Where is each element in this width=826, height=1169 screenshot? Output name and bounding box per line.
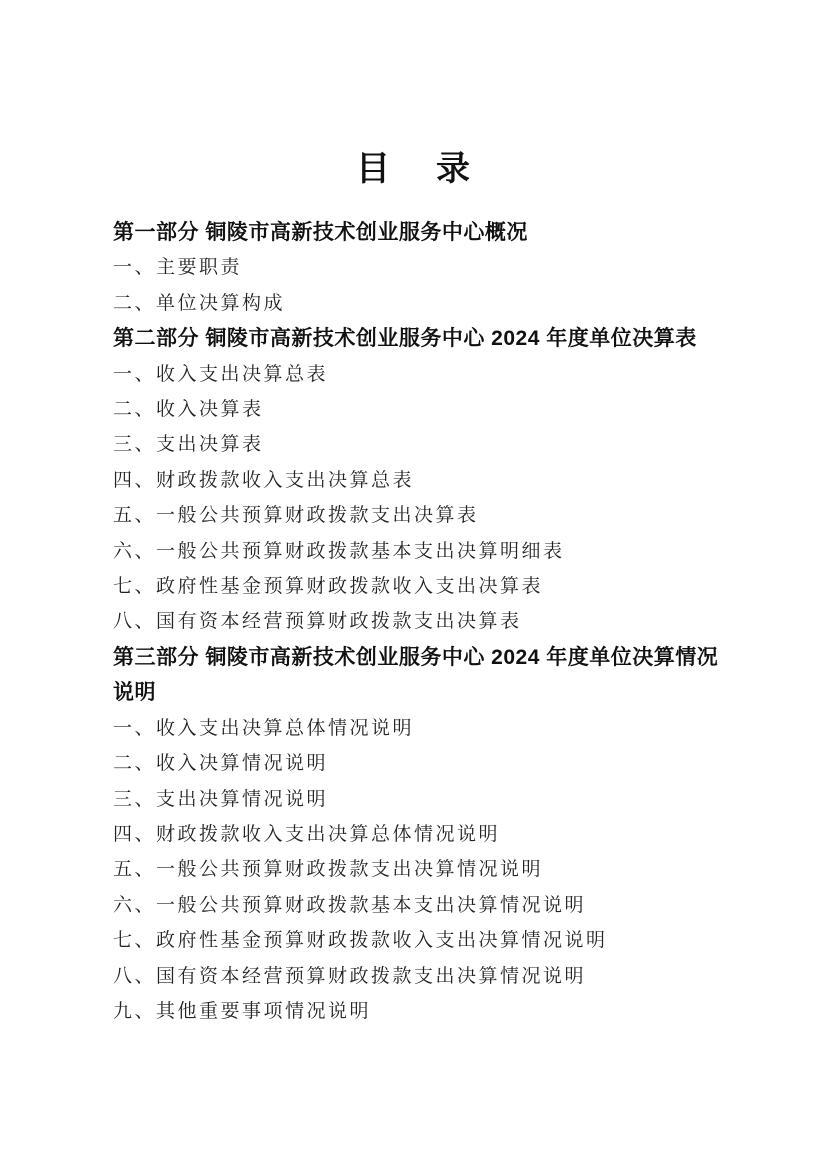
toc-item: 六、一般公共预算财政拨款基本支出决算情况说明 [113,888,733,923]
toc-section-1-heading: 第一部分 铜陵市高新技术创业服务中心概况 [113,215,733,250]
toc-item: 八、国有资本经营预算财政拨款支出决算表 [113,604,733,639]
toc-item: 二、单位决算构成 [113,286,733,321]
toc-item: 三、支出决算情况说明 [113,782,733,817]
toc-item: 二、收入决算情况说明 [113,746,733,781]
page-title: 目 录 [0,0,826,188]
toc-item: 八、国有资本经营预算财政拨款支出决算情况说明 [113,959,733,994]
toc-item: 七、政府性基金预算财政拨款收入支出决算情况说明 [113,923,733,958]
toc-item: 一、主要职责 [113,250,733,285]
toc-item: 七、政府性基金预算财政拨款收入支出决算表 [113,569,733,604]
table-of-contents: 第一部分 铜陵市高新技术创业服务中心概况 一、主要职责 二、单位决算构成 第二部… [113,215,733,1029]
toc-item: 三、支出决算表 [113,427,733,462]
toc-item: 九、其他重要事项情况说明 [113,994,733,1029]
toc-section-2-heading: 第二部分 铜陵市高新技术创业服务中心 2024 年度单位决算表 [113,321,733,356]
toc-item: 四、财政拨款收入支出决算总表 [113,463,733,498]
toc-item: 六、一般公共预算财政拨款基本支出决算明细表 [113,534,733,569]
toc-item: 二、收入决算表 [113,392,733,427]
toc-item: 四、财政拨款收入支出决算总体情况说明 [113,817,733,852]
toc-item: 五、一般公共预算财政拨款支出决算情况说明 [113,852,733,887]
document-page: 目 录 第一部分 铜陵市高新技术创业服务中心概况 一、主要职责 二、单位决算构成… [0,0,826,1169]
toc-item: 五、一般公共预算财政拨款支出决算表 [113,498,733,533]
toc-item: 一、收入支出决算总表 [113,357,733,392]
toc-item: 一、收入支出决算总体情况说明 [113,711,733,746]
toc-section-3-heading: 第三部分 铜陵市高新技术创业服务中心 2024 年度单位决算情况说明 [113,640,733,711]
